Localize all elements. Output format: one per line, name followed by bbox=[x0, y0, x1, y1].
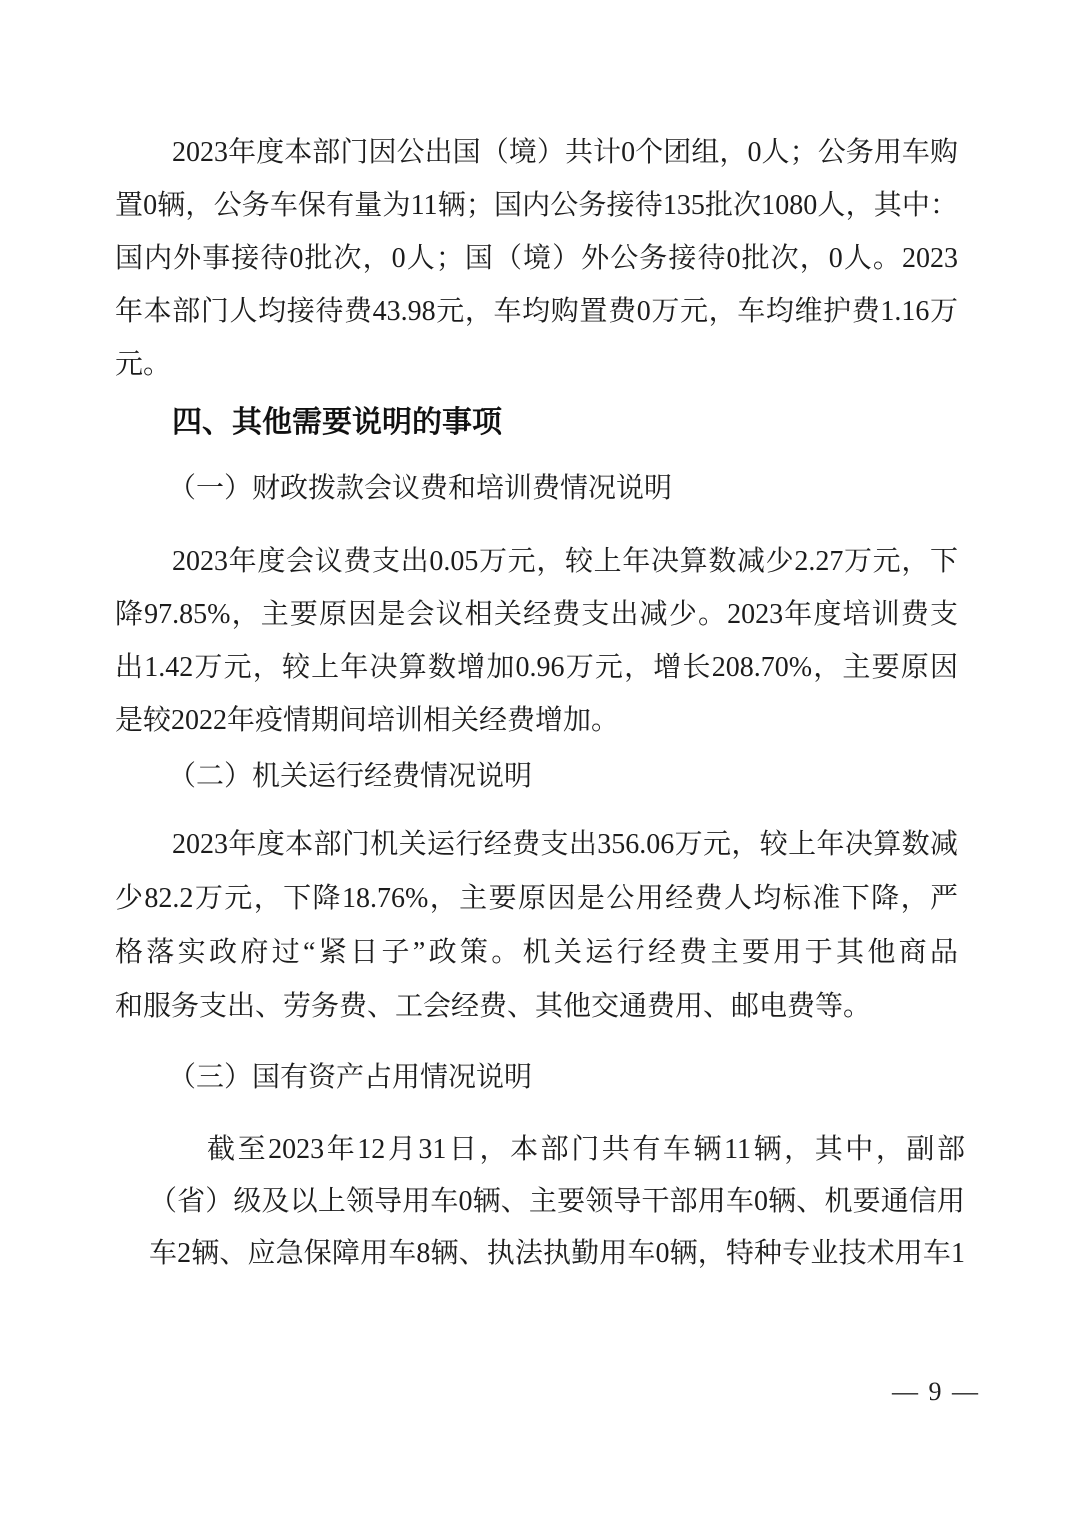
subsection-2-line-2: 少82.2万元，下降18.76%，主要原因是公用经费人均标准下降，严 bbox=[115, 872, 958, 926]
subsection-2-heading: （二）机关运行经费情况说明 bbox=[168, 760, 532, 794]
section-title: 四、其他需要说明的事项 bbox=[172, 405, 502, 441]
intro-paragraph-line-4: 年本部门人均接待费43.98元，车均购置费0万元，车均维护费1.16万 bbox=[115, 285, 958, 338]
subsection-1-line-1: 2023年度会议费支出0.05万元，较上年决算数减少2.27万元，下 bbox=[115, 535, 958, 588]
subsection-3-line-3: 车2辆、应急保障用车8辆、执法执勤用车0辆，特种专业技术用车1 bbox=[149, 1228, 965, 1280]
subsection-3-line-1: 截至2023年12月31日，本部门共有车辆11辆，其中，副部 bbox=[149, 1124, 965, 1176]
subsection-3-heading: （三）国有资产占用情况说明 bbox=[168, 1061, 532, 1095]
subsection-1-heading: （一）财政拨款会议费和培训费情况说明 bbox=[168, 472, 672, 506]
subsection-2-line-1: 2023年度本部门机关运行经费支出356.06万元，较上年决算数减 bbox=[115, 818, 958, 872]
subsection-3-paragraph: 截至2023年12月31日，本部门共有车辆11辆，其中，副部 （省）级及以上领导… bbox=[149, 1124, 965, 1280]
intro-paragraph: 2023年度本部门因公出国（境）共计0个团组，0人；公务用车购 置0辆，公务车保… bbox=[115, 126, 958, 391]
subsection-1-line-2: 降97.85%，主要原因是会议相关经费支出减少。2023年度培训费支 bbox=[115, 588, 958, 641]
subsection-2-line-3: 格落实政府过“紧日子”政策。机关运行经费主要用于其他商品 bbox=[115, 926, 958, 980]
subsection-1-line-3: 出1.42万元，较上年决算数增加0.96万元，增长208.70%，主要原因 bbox=[115, 641, 958, 694]
subsection-2-line-4: 和服务支出、劳务费、工会经费、其他交通费用、邮电费等。 bbox=[115, 980, 958, 1034]
intro-paragraph-line-3: 国内外事接待0批次，0人；国（境）外公务接待0批次，0人。2023 bbox=[115, 232, 958, 285]
page-number: — 9 — bbox=[892, 1378, 980, 1406]
intro-paragraph-line-2: 置0辆，公务车保有量为11辆；国内公务接待135批次1080人，其中： bbox=[115, 179, 958, 232]
document-page: 2023年度本部门因公出国（境）共计0个团组，0人；公务用车购 置0辆，公务车保… bbox=[0, 0, 1074, 1520]
subsection-1-paragraph: 2023年度会议费支出0.05万元，较上年决算数减少2.27万元，下 降97.8… bbox=[115, 535, 958, 747]
subsection-3-line-2: （省）级及以上领导用车0辆、主要领导干部用车0辆、机要通信用 bbox=[149, 1176, 965, 1228]
intro-paragraph-line-5: 元。 bbox=[115, 338, 958, 391]
subsection-1-line-4: 是较2022年疫情期间培训相关经费增加。 bbox=[115, 694, 958, 747]
intro-paragraph-line-1: 2023年度本部门因公出国（境）共计0个团组，0人；公务用车购 bbox=[115, 126, 958, 179]
subsection-2-paragraph: 2023年度本部门机关运行经费支出356.06万元，较上年决算数减 少82.2万… bbox=[115, 818, 958, 1034]
